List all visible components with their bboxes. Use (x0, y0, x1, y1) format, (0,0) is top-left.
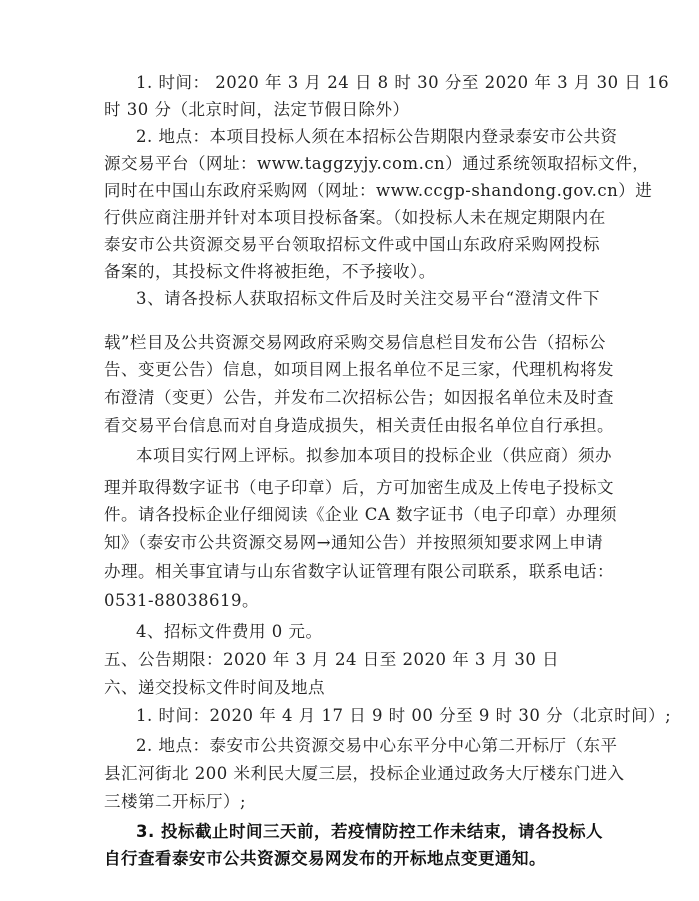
document-text-line: 六、递交投标文件时间及地点 (104, 676, 600, 700)
document-text-line: 备案的，其投标文件将被拒绝，不予接收）。 (104, 260, 600, 284)
document-text-line: 2. 地点：泰安市公共资源交易中心东平分中心第二开标厅（东平 (136, 734, 600, 758)
document-text-line: 县汇河街北 200 米利民大厦三层，投标企业通过政务大厅楼东门进入 (104, 762, 600, 786)
document-text-line: 本项目实行网上评标。拟参加本项目的投标企业（供应商）须办 (136, 444, 600, 468)
document-text-line: 三楼第二开标厅）; (104, 790, 600, 814)
document-text-line: 理并取得数字证书（电子印章）后，方可加密生成及上传电子投标文 (104, 476, 600, 500)
document-text-line: 1. 时间：2020 年 4 月 17 日 9 时 00 分至 9 时 30 分… (136, 704, 600, 728)
document-text-line: 4、招标文件费用 0 元。 (136, 620, 600, 644)
document-text-line: 时 30 分（北京时间，法定节假日除外） (104, 98, 600, 122)
document-text-line: 告、变更公告）信息，如项目网上报名单位不足三家，代理机构将发 (104, 358, 600, 382)
document-text-line: 1. 时间： 2020 年 3 月 24 日 8 时 30 分至 2020 年 … (136, 71, 600, 95)
notice-text-line-bold: 3. 投标截止时间三天前，若疫情防控工作未结束，请各投标人 (136, 820, 600, 844)
notice-text-line-bold: 自行查看泰安市公共资源交易网发布的开标地点变更通知。 (104, 847, 600, 871)
document-text-line: 行供应商注册并针对本项目投标备案。（如投标人未在规定期限内在 (104, 206, 600, 230)
document-text-line: 2. 地点：本项目投标人须在本招标公告期限内登录泰安市公共资 (136, 125, 600, 149)
document-text-line: 知》（泰安市公共资源交易网→通知公告）并按照须知要求网上申请 (104, 531, 600, 555)
document-text-line: 布澄清（变更）公告，并发布二次招标公告；如因报名单位未及时查 (104, 386, 600, 410)
document-text-line: 泰安市公共资源交易平台领取招标文件或中国山东政府采购网投标 (104, 233, 600, 257)
document-text-line: 办理。相关事宜请与山东省数字认证管理有限公司联系，联系电话： (104, 560, 600, 584)
document-text-line: 件。请各投标企业仔细阅读《企业 CA 数字证书（电子印章）办理须 (104, 503, 600, 527)
document-text-line: 0531-88038619。 (104, 589, 600, 613)
document-text-line: 看交易平台信息而对自身造成损失，相关责任由报名单位自行承担。 (104, 414, 600, 438)
document-text-line: 3、请各投标人获取招标文件后及时关注交易平台“澄清文件下 (136, 287, 600, 311)
document-text-line: 五、公告期限：2020 年 3 月 24 日至 2020 年 3 月 30 日 (104, 648, 600, 672)
document-text-line: 载”栏目及公共资源交易网政府采购交易信息栏目发布公告（招标公 (104, 331, 600, 355)
document-text-line: 同时在中国山东政府采购网（网址：www.ccgp-shandong.gov.cn… (104, 179, 600, 203)
document-text-line: 源交易平台（网址：www.taggzyjy.com.cn）通过系统领取招标文件， (104, 152, 600, 176)
document-page: 1. 时间： 2020 年 3 月 24 日 8 时 30 分至 2020 年 … (0, 0, 699, 901)
